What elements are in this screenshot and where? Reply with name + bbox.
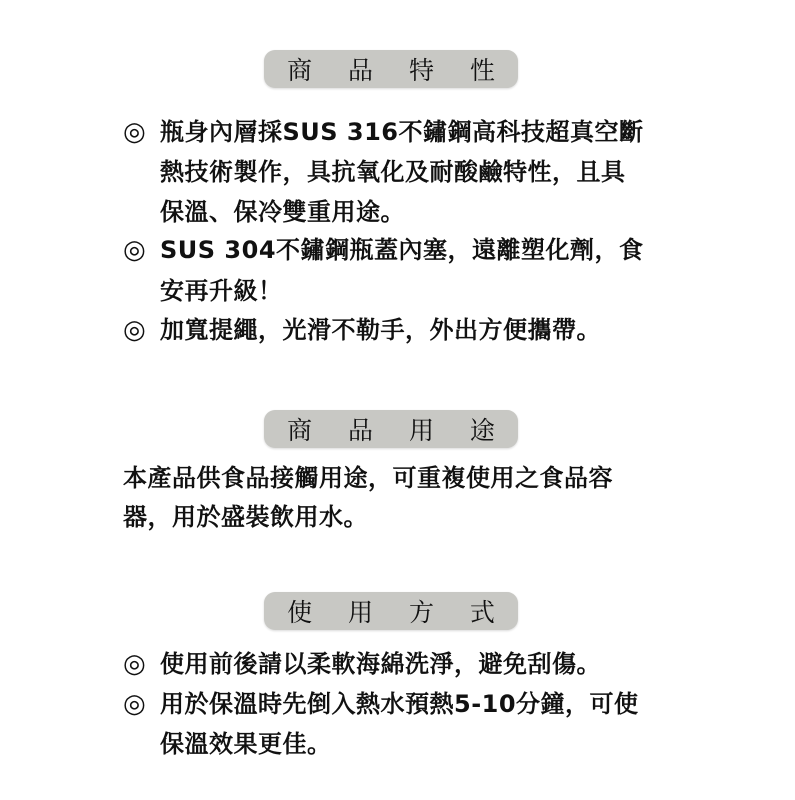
instruction-2-line-1: 用於保溫時先倒入熱水預熱5-10分鐘，可使 xyxy=(160,684,639,724)
section-title-features: 商 品 特 性 xyxy=(264,50,518,88)
instruction-1-line-1: 使用前後請以柔軟海綿洗淨，避免刮傷。 xyxy=(160,644,601,684)
bullet-icon: ◎ xyxy=(123,112,146,152)
feature-2-line-2: 安再升級！ xyxy=(160,271,283,311)
feature-1-line-1: 瓶身內層採SUS 316不鏽鋼高科技超真空斷 xyxy=(160,112,644,152)
bullet-icon: ◎ xyxy=(123,230,146,270)
feature-3-line-1: 加寬提繩，光滑不勒手，外出方便攜帶。 xyxy=(160,310,601,350)
section-title-instructions: 使 用 方 式 xyxy=(264,592,518,630)
feature-2-line-1: SUS 304不鏽鋼瓶蓋內塞，遠離塑化劑，食 xyxy=(160,230,644,270)
purpose-line-1: 本產品供食品接觸用途，可重複使用之食品容 xyxy=(123,458,613,498)
feature-1-line-3: 保溫、保冷雙重用途。 xyxy=(160,192,405,232)
bullet-icon: ◎ xyxy=(123,684,146,724)
feature-1-line-2: 熱技術製作，具抗氧化及耐酸鹼特性，且具 xyxy=(160,152,626,192)
bullet-icon: ◎ xyxy=(123,310,146,350)
purpose-line-2: 器，用於盛裝飲用水。 xyxy=(123,497,368,537)
instruction-2-line-2: 保溫效果更佳。 xyxy=(160,724,332,764)
section-title-purpose: 商 品 用 途 xyxy=(264,410,518,448)
bullet-icon: ◎ xyxy=(123,644,146,684)
